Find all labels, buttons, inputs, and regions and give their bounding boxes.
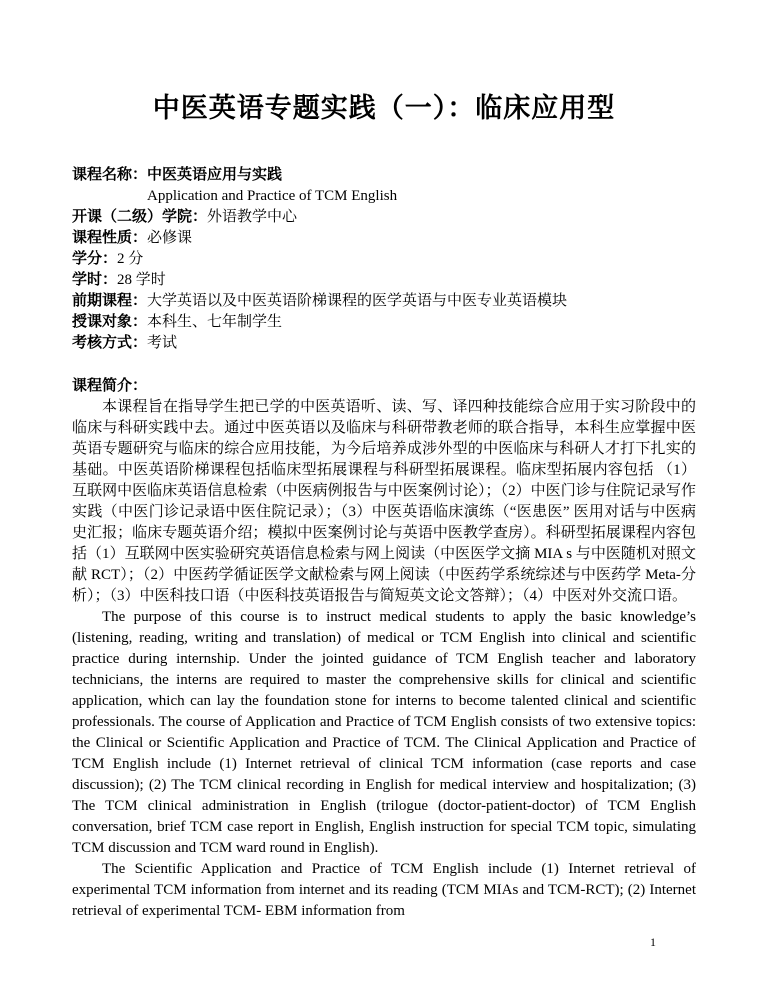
course-type-row: 课程性质：必修课 — [72, 228, 696, 249]
course-name-row: 课程名称：中医英语应用与实践 — [72, 165, 696, 186]
course-intro-paragraph-en-1: The purpose of this course is to instruc… — [72, 607, 696, 859]
page-number: 1 — [650, 935, 656, 949]
document-page: 中医英语专题实践（一）：临床应用型 课程名称：中医英语应用与实践 Applica… — [0, 0, 768, 994]
credits-row: 学分：2 分 — [72, 249, 696, 270]
prerequisite-value: 大学英语以及中医英语阶梯课程的医学英语与中医专业英语模块 — [147, 293, 567, 309]
course-intro-paragraph-cn: 本课程旨在指导学生把已学的中医英语听、读、写、译四种技能综合应用于实习阶段中的临… — [72, 397, 696, 607]
course-name-value: 中医英语应用与实践 — [147, 167, 282, 183]
class-hours-label: 学时： — [72, 272, 117, 288]
target-students-value: 本科生、七年制学生 — [147, 314, 282, 330]
assessment-row: 考核方式：考试 — [72, 333, 696, 354]
class-hours-row: 学时：28 学时 — [72, 270, 696, 291]
credits-label: 学分： — [72, 251, 117, 267]
course-info-section: 课程名称：中医英语应用与实践 Application and Practice … — [72, 165, 696, 354]
course-type-value: 必修课 — [147, 230, 192, 246]
credits-value: 2 分 — [117, 251, 143, 267]
course-type-label: 课程性质： — [72, 230, 147, 246]
prerequisite-label: 前期课程： — [72, 293, 147, 309]
school-value: 外语教学中心 — [207, 209, 297, 225]
course-name-label: 课程名称： — [72, 167, 147, 183]
course-intro-paragraph-en-2: The Scientific Application and Practice … — [72, 859, 696, 922]
course-name-en-row: Application and Practice of TCM English — [72, 186, 696, 207]
assessment-label: 考核方式： — [72, 335, 147, 351]
school-row: 开课（二级）学院：外语教学中心 — [72, 207, 696, 228]
school-label: 开课（二级）学院： — [72, 209, 207, 225]
assessment-value: 考试 — [147, 335, 177, 351]
course-intro-heading: 课程简介： — [72, 376, 696, 397]
target-students-row: 授课对象：本科生、七年制学生 — [72, 312, 696, 333]
course-name-en-value: Application and Practice of TCM English — [147, 188, 397, 204]
class-hours-value: 28 学时 — [117, 272, 166, 288]
page-title: 中医英语专题实践（一）：临床应用型 — [72, 86, 696, 125]
prerequisite-row: 前期课程：大学英语以及中医英语阶梯课程的医学英语与中医专业英语模块 — [72, 291, 696, 312]
target-students-label: 授课对象： — [72, 314, 147, 330]
